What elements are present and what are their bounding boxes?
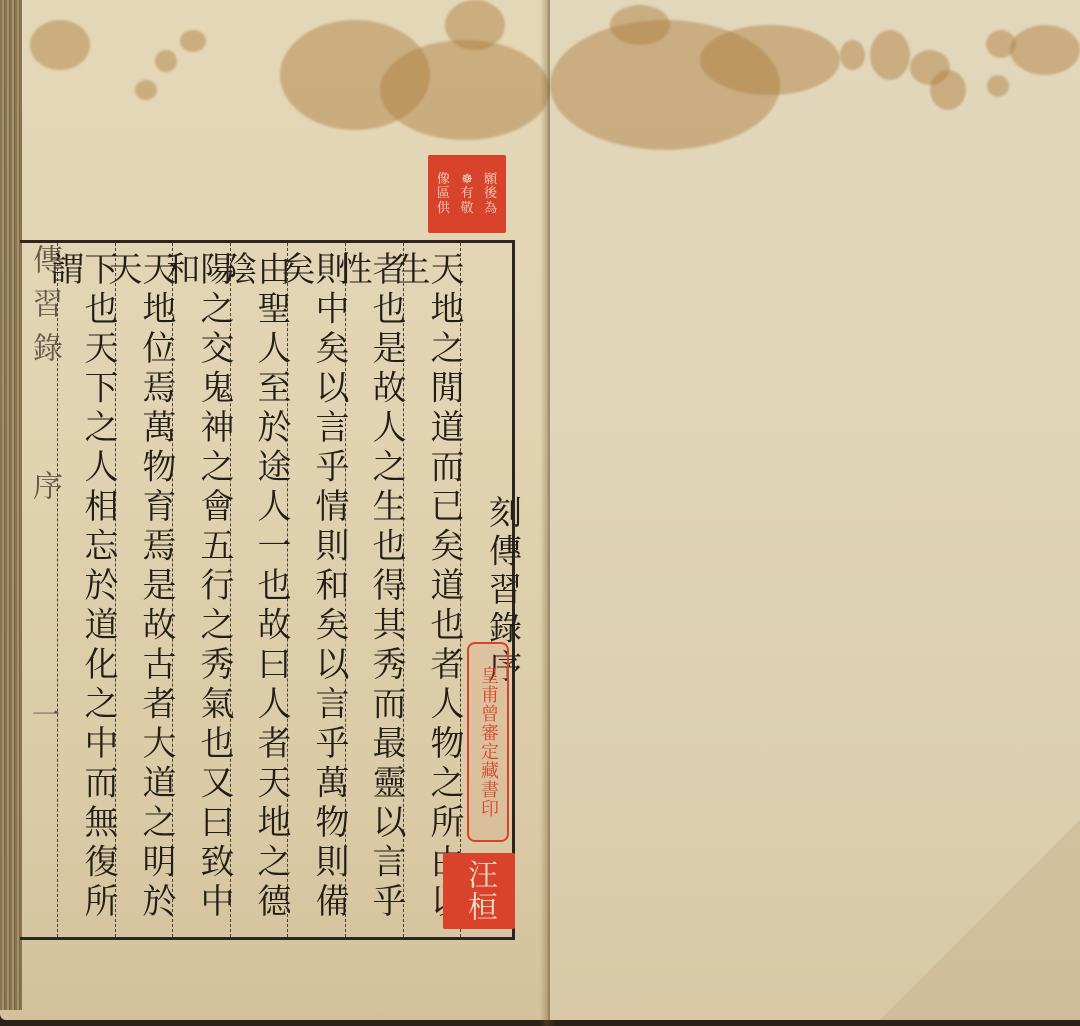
seal-glyph: 區 [432, 187, 455, 201]
right-page [550, 0, 1080, 1020]
water-stain [135, 80, 157, 100]
text-column-1: 天地之閒道而已矣道也者人物之所由以生 [403, 251, 461, 931]
page-fore-edge [0, 0, 22, 1010]
folded-corner [880, 820, 1080, 1020]
text-column-5: 陽之交鬼神之會五行之秀氣也又曰致中和 [173, 251, 231, 931]
water-stain [870, 30, 910, 80]
printed-frame: 刻傳習錄序 天地之閒道而已矣道也者人物之所由以生 者也是故人之生也得其秀而最靈以… [20, 240, 515, 940]
buddha-icon: ☸ [456, 173, 479, 187]
text-column-4: 由聖人至於途人一也故曰人者天地之德陰 [230, 251, 288, 931]
seal-glyph: 有 [456, 187, 479, 201]
seal-glyph: 願 [479, 173, 502, 187]
water-stain [30, 20, 90, 70]
water-stain [445, 0, 505, 50]
water-stain [610, 5, 670, 45]
collector-oval-seal: 皇甫曾審定藏書印 [467, 642, 509, 842]
book-spread: 傳習錄 序 一 刻傳習錄序 天地之閒道而已矣道也者人物之所由以生 者也是故人之生… [0, 0, 1080, 1026]
water-stain [155, 50, 177, 72]
water-stain [380, 40, 550, 140]
seal-glyph: 敬 [456, 202, 479, 216]
buddha-seal-glyphs: 像 ☸ 願 區 有 後 供 敬 為 [432, 173, 502, 216]
seal-glyph: 像 [432, 173, 455, 187]
name-seal: 汪桓 [443, 853, 515, 929]
text-column-3: 則中矣以言乎情則和矣以言乎萬物則備矣 [288, 251, 346, 931]
water-stain [987, 75, 1009, 97]
text-column-7: 下也天下之人相忘於道化之中而無復所謂 [57, 251, 115, 931]
seal-glyph: 供 [432, 202, 455, 216]
water-stain [1010, 25, 1080, 75]
seal-glyph: 為 [479, 202, 502, 216]
left-page: 傳習錄 序 一 刻傳習錄序 天地之閒道而已矣道也者人物之所由以生 者也是故人之生… [0, 0, 550, 1020]
text-column-2: 者也是故人之生也得其秀而最靈以言乎性 [345, 251, 403, 931]
water-stain [840, 40, 865, 70]
water-stain [700, 25, 840, 95]
water-stain [180, 30, 206, 52]
text-column-6: 天地位焉萬物育焉是故古者大道之明於天 [115, 251, 173, 931]
buddha-seal: 像 ☸ 願 區 有 後 供 敬 為 [428, 155, 506, 233]
water-stain [930, 70, 966, 110]
seal-glyph: 後 [479, 187, 502, 201]
